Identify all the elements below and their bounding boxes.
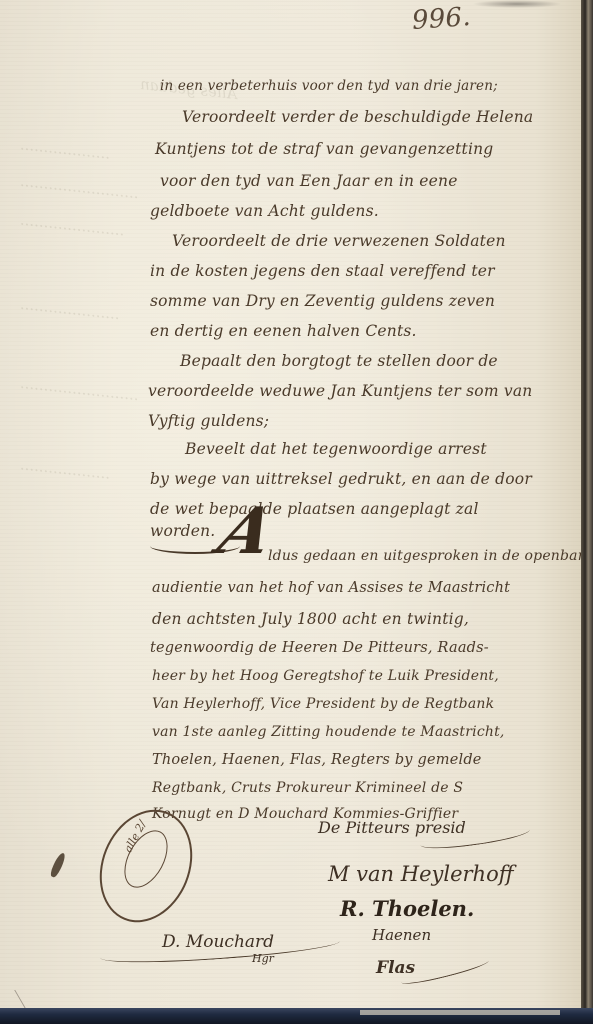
- text-line: audientie van het hof van Assises te Maa…: [152, 580, 510, 596]
- page-number: 996.: [411, 2, 472, 36]
- bleed-through-text: .........................: [19, 374, 139, 404]
- text-line: de wet bepaalde plaatsen aangeplagt zal: [150, 500, 479, 518]
- text-line: Veroordeelt de drie verwezenen Soldaten: [172, 232, 506, 250]
- ink-blot: [49, 852, 67, 879]
- text-line: Vyftig guldens;: [148, 412, 269, 430]
- text-line: Thoelen, Haenen, Flas, Regters by gemeld…: [152, 752, 482, 768]
- signature-thoelen: R. Thoelen.: [340, 896, 474, 921]
- book-cover-edge: [0, 1008, 593, 1024]
- page-shadow: [472, 0, 562, 8]
- text-line: somme van Dry en Zeventig guldens zeven: [150, 292, 495, 310]
- text-line: den achtsten July 1800 acht en twintig,: [152, 610, 469, 628]
- text-line: heer by het Hoog Geregtshof te Luik Pres…: [152, 668, 499, 684]
- text-line: in de kosten jegens den staal vereffend …: [150, 262, 495, 280]
- bleed-through-text: .....................: [19, 295, 120, 323]
- text-line: Veroordeelt verder de beschuldigde Helen…: [182, 108, 533, 126]
- text-line: by wege van uittreksel gedrukt, en aan d…: [150, 470, 532, 488]
- text-line: ldus gedaan en uitgesproken in de openba…: [268, 548, 593, 564]
- page-tear: [0, 990, 27, 1010]
- signature-de-pitteurs: De Pitteurs presid: [318, 818, 466, 837]
- bleed-through-text: ...................: [19, 135, 111, 162]
- text-line: in een verbeterhuis voor den tyd van dri…: [160, 78, 498, 94]
- manuscript-page: Alles gedaan ................... .......…: [0, 0, 582, 1010]
- text-line: Beveelt dat het tegenwoordige arrest: [185, 440, 487, 458]
- signature-mouchard-suffix: Hgr: [252, 952, 274, 965]
- text-line: tegenwoordig de Heeren De Pitteurs, Raad…: [150, 640, 489, 656]
- text-line: en dertig en eenen halven Cents.: [150, 322, 417, 340]
- signature-flas: Flas: [376, 958, 415, 978]
- text-line: geldboete van Acht guldens.: [150, 202, 379, 220]
- text-line: veroordeelde weduwe Jan Kuntjens ter som…: [148, 382, 532, 400]
- text-line: van 1ste aanleg Zitting houdende te Maas…: [152, 724, 505, 740]
- document-scan: Alles gedaan ................... .......…: [0, 0, 593, 1024]
- text-line: Bepaalt den borgtogt te stellen door de: [180, 352, 498, 370]
- bleed-through-text: ......................: [19, 211, 125, 240]
- signature-van-heylerhoff: M van Heylerhoff: [328, 862, 514, 886]
- text-line: Van Heylerhoff, Vice President by de Reg…: [152, 696, 494, 712]
- bleed-through-text: ...................: [19, 455, 111, 482]
- text-line: Regtbank, Cruts Prokureur Krimineel de S: [152, 780, 463, 796]
- text-line: Kuntjens tot de straf van gevangenzettin…: [155, 140, 493, 158]
- signature-haenen: Haenen: [372, 926, 431, 944]
- text-line: voor den tyd van Een Jaar en in eene: [160, 172, 458, 190]
- bleed-through-text: .........................: [19, 172, 139, 202]
- book-spine-edge: [581, 0, 593, 1024]
